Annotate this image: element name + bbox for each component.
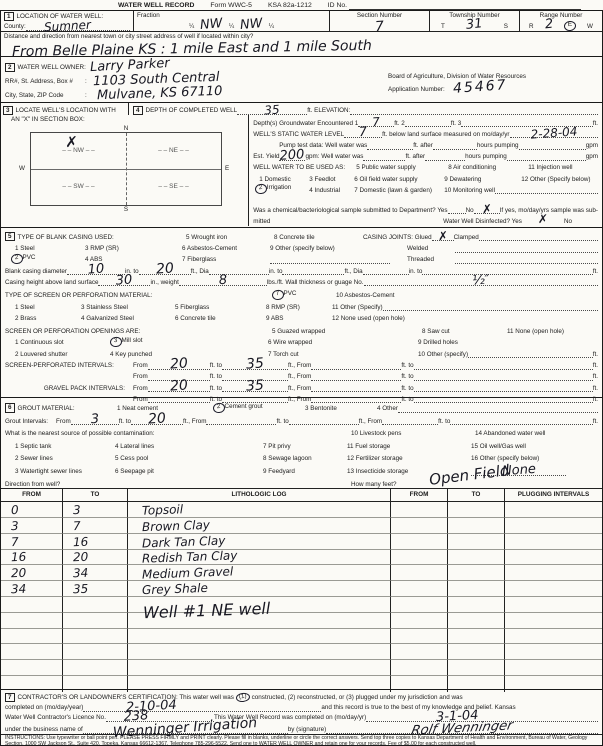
- groundwater-label-2: ft. 2: [394, 120, 405, 128]
- application-number-label: Application Number:: [388, 86, 445, 94]
- city-colon: :: [85, 92, 87, 100]
- log-cell-empty: [448, 581, 505, 597]
- opt-wrought-iron: 5 Wrought iron: [186, 234, 274, 242]
- opt-sewer-lines: 2 Sewer lines: [15, 455, 115, 463]
- ft-from-label: ft., From: [359, 418, 382, 426]
- opt-cess-pool: 5 Cess pool: [115, 455, 263, 463]
- log-cell-to: 35: [63, 581, 128, 597]
- opt-continuous-slot: 1 Continuous slot: [15, 339, 110, 347]
- log-cell-to: 3: [63, 502, 128, 518]
- ft-label: ft.: [593, 351, 598, 359]
- opt-other-casing: 9 Other (specify below): [270, 245, 407, 253]
- opt-cement-grout: Cement grout: [225, 403, 263, 410]
- elevation-blank: [350, 108, 598, 115]
- ft-label: ft.: [593, 120, 598, 128]
- id-label: ID No.: [328, 2, 347, 10]
- range-prefix: R: [529, 23, 534, 31]
- dia-blank-5: [422, 268, 592, 275]
- yield-blank-2: [363, 154, 405, 161]
- ft-label: ft.: [593, 385, 598, 393]
- log-cell-from: 3: [1, 518, 63, 534]
- opt-seepage-pit: 6 Seepage pit: [115, 468, 263, 476]
- gpi-to-blank: 35: [222, 385, 288, 392]
- log-header-to-2: TO: [448, 489, 505, 502]
- screen-other-blank: [383, 304, 598, 311]
- opt-other-use: 12 Other (Specify below): [521, 176, 590, 184]
- section-7-certification: 7 CONTRACTOR'S OR LANDOWNER'S CERTIFICAT…: [0, 690, 603, 746]
- section-5-title: TYPE OF BLANK CASING USED:: [18, 234, 114, 242]
- section-6-number: 6: [5, 403, 15, 412]
- ft-to-label: ft. to: [438, 418, 450, 426]
- section-4-number: 4: [133, 106, 143, 115]
- grout-other-blank: [398, 406, 598, 413]
- disinfected-no-label: No: [564, 218, 572, 226]
- opt-openings-other: 10 Other (specify): [418, 351, 468, 359]
- section-1-location: 1 LOCATION OF WATER WELL: County: Sumner…: [0, 10, 603, 57]
- opt-irrigation: Irrigation: [267, 184, 292, 191]
- form-instructions: INSTRUCTIONS: Use typewriter or ball poi…: [1, 734, 602, 746]
- log-to-value: 34: [73, 567, 89, 580]
- grout-from-blank: 3: [71, 418, 119, 425]
- section-location-grid: N W NW NE SW SE ✗ E S: [19, 125, 244, 214]
- static-level-label: WELL'S STATIC WATER LEVEL: [253, 131, 344, 139]
- opt-screen-pvc: PVC: [284, 290, 297, 297]
- glued-blank: ✗: [432, 234, 454, 241]
- screen-material-title: TYPE OF SCREEN OR PERFORATION MATERIAL:: [5, 292, 272, 300]
- log-cell-empty: [128, 629, 391, 645]
- depth-completed-value: 35: [264, 103, 280, 116]
- well-x-mark: ✗: [65, 135, 78, 150]
- compass-south-label: S: [30, 206, 222, 214]
- license-value: 238: [123, 709, 149, 724]
- opt-key-punched: 4 Key punched: [110, 351, 268, 359]
- address-label: RR#, St. Address, Box #: [5, 78, 85, 86]
- log-header-lithologic: LITHOLOGIC LOG: [128, 489, 391, 502]
- log-cell-empty: [1, 613, 63, 629]
- chem-sample-tail: If yes, mo/day/yrs sample was sub-: [500, 207, 598, 215]
- spi-row2-blank-3: [311, 374, 401, 381]
- log-cell-empty: [391, 565, 448, 581]
- county-label: County:: [4, 23, 26, 31]
- spi-to-value: 35: [246, 356, 265, 371]
- log-cell-empty: [448, 597, 505, 613]
- log-desc-value: Redish Tan Clay: [142, 550, 238, 565]
- well-note-value: Well #1 NE well: [143, 601, 271, 621]
- groundwater-label: Depth(s) Groundwater Encountered 1: [253, 120, 358, 128]
- ft-to-label: ft. to: [401, 362, 413, 370]
- completed-date-blank: 2-10-04: [83, 705, 321, 712]
- opt-stainless-steel: 3 Stainless Steel: [81, 304, 175, 312]
- opt-grout-other: 4 Other: [377, 405, 398, 413]
- lithologic-log-table: FROM TO LITHOLOGIC LOG FROM TO PLUGGING …: [1, 488, 602, 692]
- opt-asbestos-cement: 6 Asbestos-Cement: [182, 245, 270, 253]
- quarter-symbol: ¼: [269, 23, 274, 31]
- opt-screen-steel: 1 Steel: [15, 304, 81, 312]
- section-3-header: 3 LOCATE WELL'S LOCATION WITH: [1, 103, 129, 115]
- form-number: Form WWC-5: [210, 2, 252, 10]
- log-cell-empty: [391, 581, 448, 597]
- license-label: Water Well Contractor's Licence No.: [5, 714, 106, 722]
- weight-value: 8: [218, 274, 227, 288]
- ft-to-label: ft. to: [401, 385, 413, 393]
- ft-to-label: ft. to: [210, 362, 222, 370]
- wall-thickness-value: ½″: [472, 274, 490, 288]
- clamped-label: Clamped: [454, 234, 479, 242]
- log-cell-desc: Brown Clay: [128, 518, 391, 534]
- casing-joints-label: CASING JOINTS: Glued: [363, 234, 432, 242]
- ft-label: ft.: [593, 418, 598, 426]
- log-cell-empty: [505, 534, 602, 550]
- log-to-value: 16: [73, 535, 89, 548]
- gravel-pack-label: GRAVEL PACK INTERVALS:: [5, 385, 133, 393]
- log-cell-empty: [391, 518, 448, 534]
- in-to-label: in. to: [269, 268, 283, 276]
- log-cell-desc: Topsoil: [128, 502, 391, 518]
- log-cell-empty: [63, 644, 128, 660]
- opt-drilled-holes: 9 Drilled holes: [418, 339, 458, 347]
- opt-pvc: PVC: [23, 254, 36, 261]
- elevation-label: ft. ELEVATION:: [307, 107, 350, 115]
- form-header: WATER WELL RECORD Form WWC-5 KSA 82a-121…: [0, 0, 603, 10]
- hours-pumping-label: hours pumping: [477, 142, 519, 150]
- openings-other-blank: [468, 351, 593, 358]
- opt-pit-privy: 7 Pit privy: [263, 443, 347, 451]
- quarter-symbol: ¼: [189, 23, 194, 31]
- city-value: Mulvane, KS 67110: [97, 85, 223, 102]
- ft-after-label: ft. after: [413, 142, 433, 150]
- business-name-label: under the business name of: [5, 726, 83, 734]
- opt-concrete-tile: 8 Concrete tile: [274, 234, 363, 242]
- compass-west-label: W: [19, 165, 27, 173]
- opt-irrigation-number-circled: 2: [255, 184, 268, 195]
- township-suffix: S: [504, 23, 508, 31]
- pump-blank-2: [433, 143, 477, 150]
- section-number-cell: Section Number 7: [330, 11, 430, 31]
- agency-block: Board of Agriculture, Division of Water …: [388, 59, 598, 100]
- from-label: From: [56, 418, 71, 426]
- casing-diameter-label: Blank casing diameter: [5, 268, 67, 276]
- screen-perforated-label: SCREEN-PERFORATED INTERVALS:: [5, 362, 133, 370]
- log-to-value: 35: [73, 583, 89, 596]
- log-cell-empty: [448, 534, 505, 550]
- log-cell-empty: [448, 565, 505, 581]
- grout-to-value: 20: [148, 412, 167, 427]
- direction-from-well-label: Direction from well?: [5, 481, 351, 489]
- in-weight-label: in., weight: [150, 279, 178, 287]
- log-header-from: FROM: [1, 489, 63, 502]
- log-cell-empty: [1, 660, 63, 676]
- spi-row2-blank-4: [414, 374, 593, 381]
- log-cell-empty: [63, 629, 128, 645]
- township-cell: Township Number T 31 S: [430, 11, 520, 31]
- opt-brass: 2 Brass: [15, 315, 81, 323]
- yield-value: 200: [280, 148, 306, 163]
- static-level-mid-label: ft. below land surface measured on mo/da…: [382, 131, 509, 139]
- log-cell-to: 7: [63, 518, 128, 534]
- log-cell-from: 16: [1, 550, 63, 566]
- compass-east-label: E: [225, 165, 229, 173]
- log-cell-from: 20: [1, 565, 63, 581]
- spi-blank-3: [311, 363, 401, 370]
- gpi-from-value: 20: [169, 379, 188, 394]
- opt-bentonite: 3 Bentonite: [305, 405, 377, 413]
- log-cell-empty: [391, 597, 448, 613]
- opt-pvc-number-circled: 2: [10, 253, 23, 264]
- water-well-record-form: WATER WELL RECORD Form WWC-5 KSA 82a-121…: [0, 0, 603, 746]
- opt-fiberglass: 7 Fiberglass: [182, 256, 270, 264]
- log-cell-empty: [63, 660, 128, 676]
- log-cell-desc: Medium Gravel: [128, 565, 391, 581]
- casing-diameter-value: 10: [87, 263, 104, 277]
- opt-screen-rmp: 8 RMP (SR): [266, 304, 332, 312]
- opt-dewatering: 9 Dewatering: [444, 176, 521, 184]
- log-cell-empty: [1, 676, 63, 692]
- log-cell-empty: [128, 660, 391, 676]
- log-from-value: 34: [11, 583, 27, 596]
- yield-blank-3: [425, 154, 465, 161]
- distance-row: Distance and direction from nearest town…: [1, 31, 602, 56]
- log-desc-value: Dark Tan Clay: [142, 534, 226, 549]
- log-cell-empty: [505, 518, 602, 534]
- log-cell-empty: [448, 518, 505, 534]
- log-from-value: 20: [11, 567, 27, 580]
- log-cell-from: 0: [1, 502, 63, 518]
- yield-label: Est. Yield: [253, 153, 279, 161]
- log-desc-value: Brown Clay: [142, 519, 210, 533]
- opt-mill-slot-number-circled: 3: [109, 336, 122, 347]
- disinfected-label: Water Well Disinfected? Yes: [443, 218, 522, 226]
- log-cell-empty: [391, 660, 448, 676]
- ft-label: ft.: [593, 268, 598, 276]
- grout-to-blank: 20: [131, 418, 183, 425]
- opt-screen-fiberglass: 5 Fiberglass: [175, 304, 266, 312]
- fraction-label: Fraction: [137, 12, 160, 20]
- in-to-label: in. to: [409, 268, 423, 276]
- address-colon: :: [85, 78, 87, 86]
- chem-no-x-mark: ✗: [481, 203, 492, 216]
- grout-blank-4: [289, 418, 359, 425]
- log-to-value: 3: [73, 504, 81, 516]
- log-cell-empty: [448, 502, 505, 518]
- casing-height-value: 30: [116, 274, 133, 288]
- opt-rmp-sr: 3 RMP (SR): [85, 245, 182, 253]
- log-header-to: TO: [63, 489, 128, 502]
- from-label: From: [133, 373, 148, 381]
- business-name-blank: Wenninger Irrigation: [83, 727, 288, 734]
- log-cell-empty: [505, 660, 602, 676]
- log-cell-empty: [505, 597, 602, 613]
- quarter-symbol: ¼: [229, 23, 234, 31]
- log-cell-empty: [391, 613, 448, 629]
- log-cell-empty: [448, 644, 505, 660]
- section-box-instruction: AN "X" IN SECTION BOX:: [5, 116, 244, 124]
- gpi-from-blank: 20: [148, 385, 210, 392]
- dia-label: ft., Dia: [191, 268, 209, 276]
- log-from-value: 3: [11, 520, 19, 532]
- opt-septic-tank: 1 Septic tank: [15, 443, 115, 451]
- section-5-casing: 5TYPE OF BLANK CASING USED: 5 Wrought ir…: [0, 228, 603, 398]
- log-to-value: 20: [73, 551, 89, 564]
- wall-thickness-blank: ½″: [364, 279, 598, 286]
- ft-label: ft.: [593, 373, 598, 381]
- log-cell-empty: [505, 550, 602, 566]
- range-cell: Range Number R 2 E W: [520, 11, 602, 31]
- log-cell-from: 34: [1, 581, 63, 597]
- section-2-number: 2: [5, 63, 15, 72]
- from-label: From: [133, 362, 148, 370]
- disinfected-x-mark: ✗: [538, 213, 548, 225]
- log-from-value: 7: [11, 535, 19, 547]
- log-cell-empty: [1, 644, 63, 660]
- section-7-number: 7: [5, 693, 15, 702]
- opt-none-open-hole: 11 None (open hole): [507, 328, 564, 336]
- log-desc-value: Topsoil: [142, 503, 183, 516]
- range-value: 2: [544, 17, 554, 31]
- opt-livestock-pens: 10 Livestock pens: [351, 430, 475, 438]
- opt-screen-concrete-tile: 6 Concrete tile: [175, 315, 266, 323]
- welded-blank: [455, 246, 598, 253]
- section-4-header: 4 DEPTH OF COMPLETED WELL 35 ft. ELEVATI…: [129, 103, 602, 115]
- groundwater-value-1: 7: [372, 116, 380, 129]
- log-cell-empty: [505, 581, 602, 597]
- ft-to-label: ft. to: [210, 385, 222, 393]
- log-cell-empty: [391, 502, 448, 518]
- gpi-blank-4: [414, 385, 593, 392]
- gpm-label: gpm: [586, 142, 598, 150]
- log-cell-empty: [505, 629, 602, 645]
- certification-text-c: and this record is true to the best of m…: [321, 704, 515, 712]
- opt-guazed-wrapped: 5 Guazed wrapped: [272, 328, 422, 336]
- opt-domestic: 1 Domestic: [259, 176, 309, 184]
- grout-blank-6: [450, 418, 592, 425]
- opt-screen-pvc-number-circled: 7: [271, 289, 284, 300]
- weight-blank: 8: [179, 279, 267, 286]
- from-label: From: [133, 385, 148, 393]
- log-cell-empty: [448, 550, 505, 566]
- casing-height-label: Casing height above land surface: [5, 279, 98, 287]
- county-blank: Sumner: [26, 24, 130, 31]
- gpm-label: gpm: [586, 153, 598, 161]
- fraction-cell: Fraction ¼ NW ¼ NW ¼: [134, 11, 330, 31]
- range-east-circled: E: [563, 20, 576, 31]
- opt-screen-asbestos: 10 Asbestos-Cement: [336, 292, 394, 300]
- log-cell-to: 20: [63, 550, 128, 566]
- opt-louvered-shutter: 2 Louvered shutter: [15, 351, 110, 359]
- ft-to-label: ft. to: [210, 373, 222, 381]
- gpi-blank-3: [311, 385, 401, 392]
- fraction-value-1: NW: [200, 17, 224, 32]
- chem-mitted-label: mitted: [253, 218, 270, 226]
- gpi-to-value: 35: [246, 379, 265, 394]
- spi-blank-4: [414, 363, 593, 370]
- signature-blank: Rolf Wenninger: [326, 727, 598, 734]
- opt-fuel-storage: 11 Fuel storage: [347, 443, 471, 451]
- log-cell-empty: [63, 613, 128, 629]
- opt-cement-grout-number-circled: 2: [212, 402, 225, 413]
- compass-north-label: N: [30, 125, 222, 133]
- use-label: WELL WATER TO BE USED AS:: [253, 164, 356, 172]
- log-cell-empty: [128, 644, 391, 660]
- ft-label: ft.: [593, 362, 598, 370]
- opt-lateral-lines: 4 Lateral lines: [115, 443, 263, 451]
- location-cell: 1 LOCATION OF WATER WELL: County: Sumner: [1, 11, 134, 31]
- spi-from-blank: 20: [148, 363, 210, 370]
- log-from-value: 0: [11, 504, 19, 516]
- dia-blank-3: [282, 268, 344, 275]
- section-6-title: GROUT MATERIAL:: [18, 405, 75, 413]
- ft-after-label: ft. after: [405, 153, 425, 161]
- log-cell-empty: [391, 676, 448, 692]
- clamped-blank: [479, 234, 598, 241]
- ft-to-label: ft. to: [119, 418, 131, 426]
- opt-galvanized-steel: 4 Galvanized Steel: [81, 315, 175, 323]
- ft-from-label: ft., From: [288, 373, 311, 381]
- certification-text-b: constructed, (2) reconstructed, or (3) p…: [252, 694, 463, 702]
- log-cell-empty: [391, 534, 448, 550]
- dia-label: ft., Dia: [344, 268, 362, 276]
- yield-blank-4: [507, 154, 586, 161]
- ft-to-label: ft. to: [401, 373, 413, 381]
- dia-blank-4: [363, 268, 409, 275]
- opt-steel: 1 Steel: [15, 245, 85, 253]
- log-desc-value: Medium Gravel: [142, 566, 234, 581]
- log-cell-empty: [448, 629, 505, 645]
- static-level-blank: 7: [344, 131, 382, 138]
- township-prefix: T: [441, 23, 445, 31]
- log-header-plugging: PLUGGING INTERVALS: [505, 489, 602, 502]
- how-many-feet-label: How many feet?: [351, 481, 397, 489]
- ksa-number: KSA 82a-1212: [268, 2, 312, 10]
- log-cell-empty: [448, 660, 505, 676]
- log-cell-empty: [63, 676, 128, 692]
- ft-to-label: ft. to: [276, 418, 288, 426]
- application-number-value: 45467: [452, 78, 507, 96]
- quadrant-sw-label: SW: [62, 183, 94, 191]
- glued-x-mark: ✗: [437, 230, 448, 243]
- contamination-label: What is the nearest source of possible c…: [5, 430, 351, 438]
- section-grid-box: NW NE SW SE ✗: [30, 132, 222, 206]
- section-1-number: 1: [4, 12, 14, 21]
- hours-pumping-label: hours pumping: [465, 153, 507, 161]
- log-cell-desc: Redish Tan Clay: [128, 550, 391, 566]
- opt-mill-slot: Mill slot: [122, 337, 143, 344]
- chem-yes-blank: [448, 207, 466, 214]
- grout-intervals-label: Grout Intervals:: [5, 418, 48, 426]
- log-cell-empty: [63, 597, 128, 613]
- opt-wire-wrapped: 6 Wire wrapped: [268, 339, 418, 347]
- log-cell-empty: [505, 644, 602, 660]
- opt-oil-gas-well: 15 Oil well/Gas well: [471, 443, 526, 451]
- spi-from-value: 20: [169, 356, 188, 371]
- id-blank-line: [349, 3, 581, 10]
- opt-oil-field-water: 6 Oil field water supply: [354, 176, 444, 184]
- opt-screen-abs: 9 ABS: [266, 315, 332, 323]
- range-label: Range Number: [523, 12, 599, 20]
- openings-title: SCREEN OR PERFORATION OPENINGS ARE:: [5, 328, 272, 336]
- section-3-4: 3 LOCATE WELL'S LOCATION WITH 4 DEPTH OF…: [0, 103, 603, 228]
- opt-watertight-sewer: 3 Watertight sewer lines: [15, 468, 115, 476]
- opt-feedyard: 9 Feedyard: [263, 468, 347, 476]
- yield-blank: 200: [279, 154, 305, 161]
- threaded-blank: [455, 257, 598, 264]
- opt-sewage-lagoon: 8 Sewage lagoon: [263, 455, 347, 463]
- opt-domestic-lawn: 7 Domestic (lawn & garden): [354, 187, 444, 195]
- log-cell-empty: [1, 629, 63, 645]
- grout-blank-3: [206, 418, 276, 425]
- opt-industrial: 4 Industrial: [309, 187, 354, 195]
- opt-screen-other: 11 Other (Specify): [332, 304, 383, 312]
- section-2-owner: 2 WATER WELL OWNER: Larry Parker RR#, St…: [0, 57, 603, 103]
